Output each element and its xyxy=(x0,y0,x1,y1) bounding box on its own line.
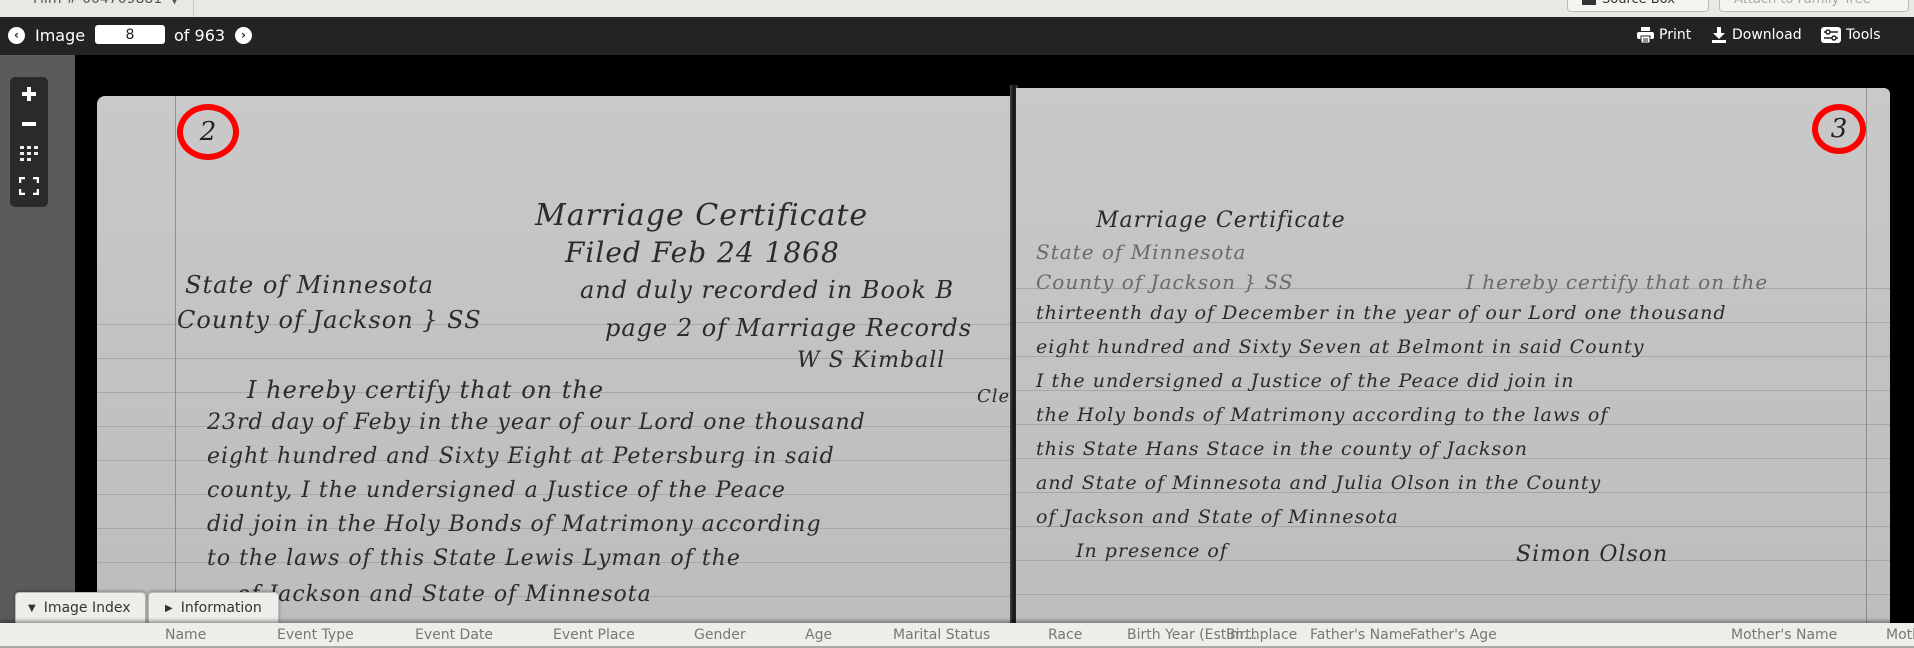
top-strip: Film # 004709881▼ Source Box Attach to F… xyxy=(0,0,1914,17)
page-number: 3 xyxy=(1831,114,1848,144)
gallery-button[interactable] xyxy=(10,141,48,167)
column-header[interactable]: Mother's Name xyxy=(1731,627,1837,643)
chevron-right-icon: › xyxy=(241,28,246,42)
handwritten-line: W S Kimball xyxy=(797,348,945,373)
sliders-icon xyxy=(1821,27,1841,43)
caret-down-icon: ▼ xyxy=(28,603,36,614)
handwritten-line: Simon Olson xyxy=(1516,542,1668,567)
source-box-label: Source Box xyxy=(1602,0,1675,7)
film-number-dropdown[interactable]: Film # 004709881▼ xyxy=(33,0,179,7)
column-header[interactable]: Event Type xyxy=(277,627,354,643)
index-table-header: Name Event Type Event Date Event Place G… xyxy=(0,623,1914,648)
handwritten-line: did join in the Holy Bonds of Matrimony … xyxy=(207,512,822,537)
print-label: Print xyxy=(1659,27,1691,43)
handwritten-line: and State of Minnesota and Julia Olson i… xyxy=(1036,472,1601,494)
handwritten-line: County of Jackson } SS xyxy=(177,306,482,334)
tools-label: Tools xyxy=(1846,27,1881,43)
divider xyxy=(193,0,194,17)
handwritten-line: County of Jackson } SS xyxy=(1036,270,1294,294)
column-header[interactable]: Name xyxy=(165,627,206,643)
source-box-button[interactable]: Source Box xyxy=(1567,0,1709,12)
column-header[interactable]: Moth xyxy=(1886,627,1914,643)
bottom-panel-tabs: ▼ Image Index ▶ Information xyxy=(15,592,279,623)
page-number-annotation: 3 xyxy=(1812,104,1866,154)
minus-icon xyxy=(22,122,36,126)
zoom-in-button[interactable] xyxy=(10,81,48,107)
column-header[interactable]: Marital Status xyxy=(893,627,990,643)
column-header[interactable]: Father's Age xyxy=(1410,627,1497,643)
fullscreen-button[interactable] xyxy=(10,173,48,199)
grid-icon xyxy=(20,146,38,162)
handwritten-line: I hereby certify that on the xyxy=(1466,270,1768,294)
document-page-left: 2 Marriage Certificate Filed Feb 24 1868… xyxy=(97,96,1012,623)
zoom-controls xyxy=(10,77,48,207)
attach-label: Attach to Family Tree xyxy=(1734,0,1871,7)
handwritten-line: thirteenth day of December in the year o… xyxy=(1036,302,1727,324)
handwritten-line: of Jackson and State of Minnesota xyxy=(1036,506,1399,528)
column-header[interactable]: Age xyxy=(805,627,832,643)
page-number-annotation: 2 xyxy=(177,104,239,160)
film-number-label: Film # 004709881 xyxy=(33,0,162,7)
column-header[interactable]: Event Place xyxy=(553,627,635,643)
image-viewer[interactable]: 2 Marriage Certificate Filed Feb 24 1868… xyxy=(0,55,1914,623)
handwritten-line: to the laws of this State Lewis Lyman of… xyxy=(207,546,741,571)
plus-icon xyxy=(22,87,36,101)
chevron-left-icon: ‹ xyxy=(14,28,19,42)
image-total-label: of 963 xyxy=(174,26,225,45)
handwritten-line: State of Minnesota xyxy=(1036,240,1246,264)
tab-information[interactable]: ▶ Information xyxy=(148,592,279,623)
caret-right-icon: ▶ xyxy=(165,603,173,614)
handwritten-line: county, I the undersigned a Justice of t… xyxy=(207,478,786,503)
handwritten-line: Marriage Certificate xyxy=(1096,208,1346,233)
handwritten-line: and duly recorded in Book B xyxy=(580,276,954,304)
tab-label: Image Index xyxy=(44,600,131,616)
tab-image-index[interactable]: ▼ Image Index xyxy=(15,592,146,623)
zoom-out-button[interactable] xyxy=(10,111,48,137)
chevron-down-icon: ▼ xyxy=(170,0,178,6)
tools-button[interactable]: Tools xyxy=(1821,27,1881,43)
next-image-button[interactable]: › xyxy=(235,27,252,44)
column-header[interactable]: Race xyxy=(1048,627,1082,643)
handwritten-line: of Jackson and State of Minnesota xyxy=(237,582,652,607)
column-header[interactable]: Gender xyxy=(694,627,746,643)
handwritten-line: State of Minnesota xyxy=(185,271,434,299)
handwritten-line: page 2 of Marriage Records xyxy=(605,314,972,342)
download-icon xyxy=(1711,27,1727,43)
download-button[interactable]: Download xyxy=(1711,27,1802,43)
handwritten-line: the Holy bonds of Matrimony according to… xyxy=(1036,404,1608,426)
handwritten-line: I the undersigned a Justice of the Peace… xyxy=(1036,370,1574,392)
previous-image-button[interactable]: ‹ xyxy=(8,27,25,44)
document-page-right: 3 Marriage Certificate State of Minnesot… xyxy=(1016,88,1890,623)
column-header[interactable]: Event Date xyxy=(415,627,493,643)
page-margin-line xyxy=(175,96,176,623)
handwritten-line: I hereby certify that on the xyxy=(247,376,604,404)
column-header[interactable]: Birthplace xyxy=(1226,627,1297,643)
box-icon xyxy=(1582,0,1596,5)
image-toolbar: ‹ Image of 963 › Print Download Tools xyxy=(0,17,1914,55)
handwritten-line: In presence of xyxy=(1076,540,1228,562)
print-button[interactable]: Print xyxy=(1637,27,1691,43)
download-label: Download xyxy=(1732,27,1802,43)
handwritten-line: Filed Feb 24 1868 xyxy=(565,236,840,269)
handwritten-line: this State Hans Stace in the county of J… xyxy=(1036,438,1528,460)
column-header[interactable]: Father's Name xyxy=(1310,627,1411,643)
handwritten-line: 23rd day of Feby in the year of our Lord… xyxy=(207,410,866,435)
image-number-input[interactable] xyxy=(95,25,165,44)
attach-to-tree-button[interactable]: Attach to Family Tree xyxy=(1719,0,1909,12)
handwritten-line: eight hundred and Sixty Eight at Petersb… xyxy=(207,444,835,469)
image-label: Image xyxy=(35,26,85,45)
handwritten-line: eight hundred and Sixty Seven at Belmont… xyxy=(1036,336,1644,358)
printer-icon xyxy=(1637,27,1654,43)
handwritten-line: Marriage Certificate xyxy=(535,198,868,233)
page-number: 2 xyxy=(200,117,217,147)
fullscreen-icon xyxy=(19,177,39,195)
tab-label: Information xyxy=(181,600,262,616)
